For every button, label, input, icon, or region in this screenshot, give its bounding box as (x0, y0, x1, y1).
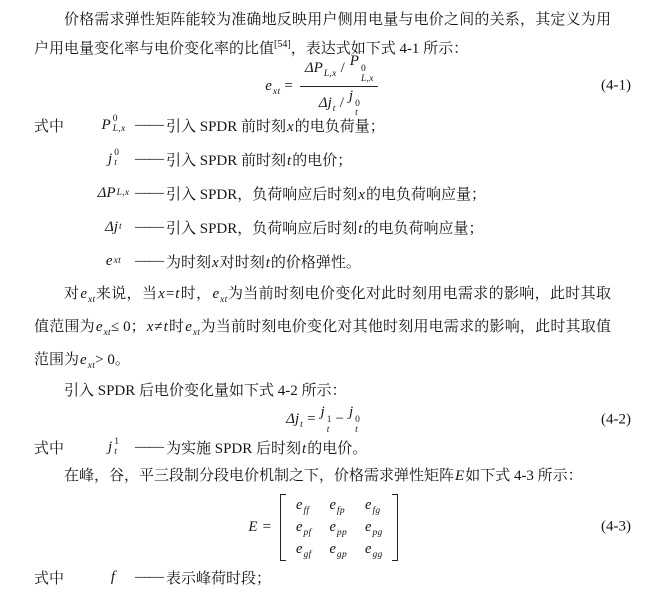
formula-4-1: ext = ΔPL,x / P0L,x Δjt / j0t (4-1) (34, 64, 611, 108)
math-var: Δj (285, 411, 300, 427)
supsub: 0L,x (361, 65, 374, 85)
matrix-cell: eff (295, 497, 311, 514)
math-sub: pp (337, 527, 347, 537)
fraction: ΔPL,x / P0L,x Δjt / j0t (300, 53, 378, 120)
math-sub: fp (337, 505, 345, 515)
equation-number: (4-2) (601, 411, 631, 428)
text-run: 来说，当 (95, 286, 157, 302)
math-sub: xt (273, 87, 280, 97)
dash: —— (135, 151, 163, 168)
math-sub: pg (372, 527, 382, 537)
math-sub: L,x (361, 75, 374, 85)
definition-line-f: 式中 f —— 表示峰荷时段； (34, 563, 611, 592)
math-var: e (264, 78, 273, 94)
math-term: P0L,x (349, 53, 374, 85)
symbol-dPLx: ΔPL,x (92, 185, 134, 202)
supsub: 0t (355, 416, 360, 436)
text-run: 的价格弹性。 (271, 255, 361, 271)
slash: / (336, 95, 348, 112)
equals-sign: = (280, 78, 296, 95)
fraction-denominator: Δjt / j0t (314, 87, 364, 120)
math-term: j0t (348, 404, 360, 436)
document-page: 价格需求弹性矩阵能较为准确地反映用户侧用电量与电价之间的关系，其定义为用户用电量… (0, 0, 645, 592)
slash: / (337, 60, 349, 77)
text-run: 时， (180, 286, 211, 302)
formula-4-2: Δjt = j1t − j0t (4-2) (34, 406, 611, 433)
math-var: x (286, 119, 295, 135)
def-lead: 式中 (34, 437, 92, 458)
matrix-cell: egg (364, 541, 383, 558)
math-sub: gg (372, 549, 382, 559)
math-sub: t (114, 448, 117, 458)
math-sub: fg (372, 505, 380, 515)
definition-line-djt: Δjt —— 引入 SPDR，负荷响应后时刻t的电负荷响应量； (34, 210, 611, 244)
text-run: 为实施 SPDR 后时刻 (166, 441, 301, 457)
math-var: x (157, 286, 166, 302)
def-desc: 为实施 SPDR 后时刻t的电价。 (166, 437, 367, 458)
math-sub: xt (104, 328, 111, 338)
equation-number: (4-3) (601, 519, 631, 536)
math-var: f (110, 569, 116, 586)
def-desc: 为时刻x对时刻t的价格弹性。 (166, 251, 361, 272)
math-var: e (79, 286, 88, 302)
equation-number: (4-1) (601, 78, 631, 95)
supsub: 0t (355, 100, 360, 120)
matrix-cell: epg (364, 519, 383, 536)
definition-line-dPL: ΔPL,x —— 引入 SPDR，负荷响应后时刻x的电负荷响应量； (34, 176, 611, 210)
math-sub: xt (220, 295, 227, 305)
math-var: Δj (318, 95, 333, 111)
math-sub: gf (303, 549, 311, 559)
paragraph-eq42-intro: 引入 SPDR 后电价变化量如下式 4-2 所示： (34, 377, 611, 406)
math-var: ΔP (304, 60, 324, 76)
math-var: P (101, 117, 112, 134)
inequality: > 0。 (95, 352, 130, 368)
dash: —— (135, 219, 163, 236)
math-sub: L,x (113, 125, 126, 135)
text-run: 的电价。 (307, 441, 367, 457)
matrix-bracket-right (392, 494, 398, 561)
matrix-cell: epf (295, 519, 311, 536)
math-term: j0t (348, 88, 360, 120)
math-var: x (357, 187, 366, 203)
def-desc: 引入 SPDR，负荷响应后时刻x的电负荷响应量； (166, 183, 486, 204)
dash: —— (135, 117, 163, 134)
supsub: 0t (114, 149, 119, 169)
text-run: 的电负荷量； (295, 119, 385, 135)
math-term: j1t (320, 404, 332, 436)
math-var: j (107, 151, 113, 168)
matrix-grid: eff efp efg epf epp epg egf egp egg (286, 494, 392, 561)
dash: —— (135, 569, 163, 586)
math-term: ΔPL,x (304, 60, 337, 77)
math-var: j (348, 404, 354, 420)
symbol-f: f (92, 569, 134, 586)
symbol-j1t: j1t (92, 438, 134, 458)
matrix-cell: epp (328, 519, 347, 536)
paragraph-eq43-intro: 在峰，谷，平三段制分段电价机制之下，价格需求弹性矩阵E如下式 4-3 所示： (34, 462, 611, 491)
text-run: 的电负荷响应量； (366, 187, 486, 203)
math-var: e (328, 541, 336, 557)
math-var: e (328, 519, 336, 535)
matrix-cell: efg (364, 497, 383, 514)
text-run: 对 (64, 286, 79, 302)
text-run: 的电价； (292, 153, 352, 169)
symbol-P0Lx: P0L,x (92, 115, 134, 135)
dash: —— (135, 185, 163, 202)
math-sub: t (355, 109, 358, 119)
definition-line-ext: ext —— 为时刻x对时刻t的价格弹性。 (34, 244, 611, 278)
math-var: e (211, 286, 220, 302)
math-var: e (105, 253, 114, 270)
math-sub: t (114, 159, 117, 169)
supsub: 0L,x (113, 115, 126, 135)
text-run: 引入 SPDR 前时刻 (166, 153, 286, 169)
matrix-cell: efp (328, 497, 347, 514)
math-var: j (320, 404, 326, 420)
symbol-j0t: j0t (92, 149, 134, 169)
text-run: 引入 SPDR，负荷响应后时刻 (166, 221, 357, 237)
math-var: x (211, 255, 220, 271)
math-var: j (107, 439, 113, 456)
text-run: 引入 SPDR 前时刻 (166, 119, 286, 135)
text-run: 在峰，谷，平三段制分段电价机制之下，价格需求弹性矩阵 (64, 468, 454, 484)
math-var: ΔP (97, 185, 117, 202)
math-var: E (247, 519, 258, 536)
math-sub: pf (303, 527, 311, 537)
minus-sign: − (331, 411, 347, 428)
math-var: E (454, 468, 465, 484)
citation-ref: [54] (274, 39, 291, 50)
text-run: 引入 SPDR，负荷响应后时刻 (166, 187, 357, 203)
supsub: 1t (114, 438, 119, 458)
matrix-cell: egp (328, 541, 347, 558)
text-run: 时 (169, 319, 184, 335)
math-var: P (349, 53, 360, 69)
math-term: Δjt (318, 95, 336, 112)
text-run: 为时刻 (166, 255, 211, 271)
text-run: 的电负荷响应量； (363, 221, 483, 237)
def-desc: 表示峰荷时段； (166, 567, 271, 588)
math-sup: 1 (114, 438, 119, 448)
def-desc: 引入 SPDR 前时刻t的电价； (166, 149, 352, 170)
def-lead: 式中 (34, 115, 92, 136)
matrix-cell: egf (295, 541, 311, 558)
fraction-numerator: ΔPL,x / P0L,x (300, 53, 378, 87)
math-sub: ff (303, 505, 309, 515)
math-var: e (328, 497, 336, 513)
definition-line-j0: j0t —— 引入 SPDR 前时刻t的电价； (34, 142, 611, 176)
paragraph-ext-explanation: 对ext来说，当x=t时，ext为当前时刻电价变化对此时刻用电需求的影响，此时其… (34, 278, 611, 377)
symbol-ext: ext (92, 253, 134, 270)
math-lhs-ext: ext (264, 78, 280, 95)
not-equals-sign: ≠ (154, 319, 162, 335)
dash: —— (135, 253, 163, 270)
def-lead: 式中 (34, 567, 92, 588)
math-sub: t (327, 426, 330, 436)
math-sub: t (355, 426, 358, 436)
math-sup: 0 (355, 416, 360, 426)
math-term: Δjt (285, 411, 303, 428)
symbol-djt: Δjt (92, 219, 134, 236)
math-sub: gp (337, 549, 347, 559)
elasticity-matrix: eff efp efg epf epp epg egf egp egg (280, 494, 398, 561)
text-run: 如下式 4-3 所示： (465, 468, 583, 484)
equals-sign: = (303, 411, 319, 428)
math-var: e (79, 352, 88, 368)
equals-sign: = (259, 519, 275, 536)
inequality: ≤ 0； (111, 319, 146, 335)
math-var: Δj (104, 219, 119, 236)
definition-line-j1: 式中 j1t —— 为实施 SPDR 后时刻t的电价。 (34, 433, 611, 462)
math-var: j (348, 88, 354, 104)
text-run: 对时刻 (220, 255, 265, 271)
dash: —— (135, 439, 163, 456)
math-var: e (95, 319, 104, 335)
math-sub: L,x (324, 69, 337, 79)
def-desc: 引入 SPDR，负荷响应后时刻t的电负荷响应量； (166, 217, 483, 238)
math-var: e (184, 319, 193, 335)
formula-4-3: E = eff efp efg epf epp epg egf egp egg … (34, 491, 611, 563)
